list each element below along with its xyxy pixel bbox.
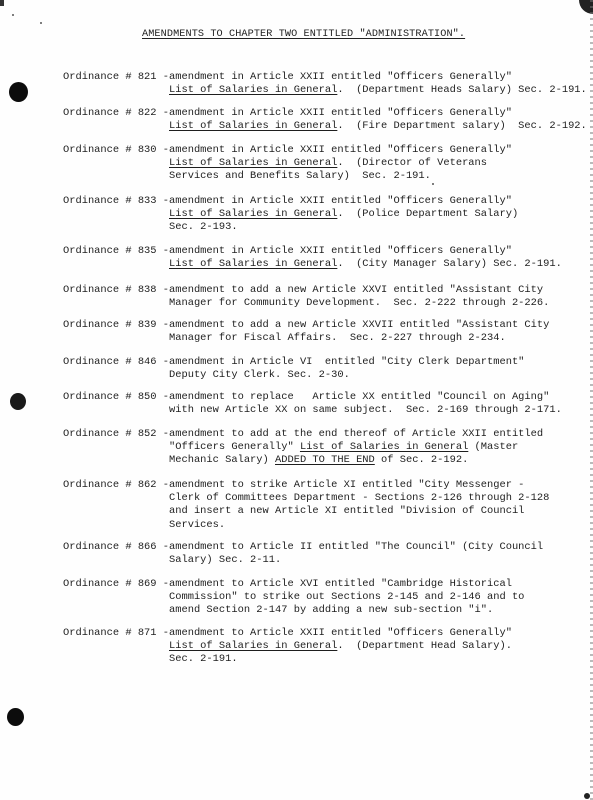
entry-text: amendment to add at the end thereof of A… <box>169 428 543 440</box>
underlined-reference: List of Salaries in General <box>169 640 337 652</box>
entry-continuation-line: Deputy City Clerk. Sec. 2-30. <box>63 369 524 382</box>
entry-first-line: Ordinance # 871 - amendment to Article X… <box>63 627 512 640</box>
ordinance-number: Ordinance # 833 - <box>63 195 169 208</box>
entry-text: "Officers Generally" <box>169 441 300 453</box>
scan-artifact <box>0 0 4 6</box>
punch-hole-icon <box>10 393 26 410</box>
entry-text: Manager for Community Development. Sec. … <box>169 297 549 309</box>
underlined-reference: List of Salaries in General <box>300 441 468 453</box>
ordinance-number: Ordinance # 866 - <box>63 541 169 554</box>
underlined-reference: ADDED TO THE END <box>275 454 375 466</box>
entry-text: Salary) Sec. 2-11. <box>169 554 281 566</box>
entry-text: amend Section 2-147 by adding a new sub-… <box>169 604 493 616</box>
entry-text: Manager for Fiscal Affairs. Sec. 2-227 t… <box>169 332 506 344</box>
entry-first-line: Ordinance # 839 - amendment to add a new… <box>63 319 549 332</box>
entry-continuation-line: "Officers Generally" List of Salaries in… <box>63 441 543 454</box>
entry-text: amendment in Article XXII entitled "Offi… <box>169 71 512 83</box>
entry-first-line: Ordinance # 852 - amendment to add at th… <box>63 428 543 441</box>
entry-continuation-line: Commission" to strike out Sections 2-145… <box>63 591 524 604</box>
ordinance-entry: Ordinance # 850 - amendment to replace A… <box>63 391 562 417</box>
entry-text: Services. <box>169 519 225 531</box>
ordinance-entry: Ordinance # 822 - amendment in Article X… <box>63 107 587 133</box>
ordinance-entry: Ordinance # 866 - amendment to Article I… <box>63 541 543 567</box>
ordinance-number: Ordinance # 830 - <box>63 144 169 157</box>
entry-continuation-line: Clerk of Committees Department - Section… <box>63 492 549 505</box>
ordinance-entry: Ordinance # 852 - amendment to add at th… <box>63 428 543 468</box>
entry-text: amendment in Article XXII entitled "Offi… <box>169 144 512 156</box>
entry-text: Sec. 2-191. <box>169 653 238 665</box>
entry-first-line: Ordinance # 833 - amendment in Article X… <box>63 195 518 208</box>
entry-continuation-line: Sec. 2-191. <box>63 653 512 666</box>
entry-continuation-line: Manager for Community Development. Sec. … <box>63 297 549 310</box>
entry-text: amendment in Article XXII entitled "Offi… <box>169 195 512 207</box>
ordinance-number: Ordinance # 838 - <box>63 284 169 297</box>
ordinance-entry: Ordinance # 830 - amendment in Article X… <box>63 144 512 184</box>
entry-text: amendment to replace Article XX entitled… <box>169 391 549 403</box>
entry-continuation-line: List of Salaries in General. (Fire Depar… <box>63 120 587 133</box>
entry-first-line: Ordinance # 830 - amendment in Article X… <box>63 144 512 157</box>
entry-text: Commission" to strike out Sections 2-145… <box>169 591 524 603</box>
entry-first-line: Ordinance # 850 - amendment to replace A… <box>63 391 562 404</box>
entry-text: . (Police Department Salary) <box>337 208 518 220</box>
ordinance-entry: Ordinance # 862 - amendment to strike Ar… <box>63 479 549 532</box>
entry-first-line: Ordinance # 822 - amendment in Article X… <box>63 107 587 120</box>
entry-text: (Master <box>468 441 518 453</box>
ordinance-number: Ordinance # 871 - <box>63 627 169 640</box>
ordinance-entry: Ordinance # 833 - amendment in Article X… <box>63 195 518 235</box>
entry-text: amendment to strike Article XI entitled … <box>169 479 524 491</box>
page-title: AMENDMENTS TO CHAPTER TWO ENTITLED "ADMI… <box>142 29 465 40</box>
entry-first-line: Ordinance # 838 - amendment to add a new… <box>63 284 549 297</box>
entry-text: Clerk of Committees Department - Section… <box>169 492 549 504</box>
entry-text: . (Department Head Salary). <box>337 640 512 652</box>
entry-continuation-line: with new Article XX on same subject. Sec… <box>63 404 562 417</box>
ordinance-number: Ordinance # 846 - <box>63 356 169 369</box>
entry-continuation-line: List of Salaries in General. (City Manag… <box>63 258 562 271</box>
entry-first-line: Ordinance # 869 - amendment to Article X… <box>63 578 524 591</box>
underlined-reference: List of Salaries in General <box>169 258 337 270</box>
underlined-reference: List of Salaries in General <box>169 157 337 169</box>
underlined-reference: List of Salaries in General <box>169 120 337 132</box>
entry-text: . (Department Heads Salary) Sec. 2-191. <box>337 84 586 96</box>
entry-continuation-line: List of Salaries in General. (Department… <box>63 84 587 97</box>
ordinance-number: Ordinance # 869 - <box>63 578 169 591</box>
entry-text: . (Fire Department salary) Sec. 2-192. <box>337 120 586 132</box>
scan-speck <box>40 22 42 24</box>
entry-first-line: Ordinance # 846 - amendment in Article V… <box>63 356 524 369</box>
ordinance-entry: Ordinance # 869 - amendment to Article X… <box>63 578 524 618</box>
entry-text: Sec. 2-193. <box>169 221 238 233</box>
entry-text: amendment in Article XXII entitled "Offi… <box>169 245 512 257</box>
entry-text: amendment to add a new Article XXVII ent… <box>169 319 549 331</box>
entry-text: amendment to Article XVI entitled "Cambr… <box>169 578 512 590</box>
scan-speck <box>12 14 14 16</box>
ordinance-number: Ordinance # 850 - <box>63 391 169 404</box>
entry-text: Deputy City Clerk. Sec. 2-30. <box>169 369 350 381</box>
entry-continuation-line: Mechanic Salary) ADDED TO THE END of Sec… <box>63 454 543 467</box>
entry-text: Services and Benefits Salary) Sec. 2-191… <box>169 170 431 182</box>
entry-first-line: Ordinance # 862 - amendment to strike Ar… <box>63 479 549 492</box>
ordinance-entry: Ordinance # 871 - amendment to Article X… <box>63 627 512 667</box>
entry-first-line: Ordinance # 866 - amendment to Article I… <box>63 541 543 554</box>
entry-text: Mechanic Salary) <box>169 454 275 466</box>
entry-text: amendment to Article XXII entitled "Offi… <box>169 627 512 639</box>
entry-continuation-line: List of Salaries in General. (Director o… <box>63 157 512 170</box>
entry-first-line: Ordinance # 821 - amendment in Article X… <box>63 71 587 84</box>
entry-continuation-line: Services. <box>63 519 549 532</box>
punch-hole-icon <box>7 708 24 726</box>
entry-text: with new Article XX on same subject. Sec… <box>169 404 562 416</box>
entry-text: and insert a new Article XI entitled "Di… <box>169 505 524 517</box>
ordinance-number: Ordinance # 835 - <box>63 245 169 258</box>
ordinance-entry: Ordinance # 835 - amendment in Article X… <box>63 245 562 271</box>
underlined-reference: List of Salaries in General <box>169 208 337 220</box>
entry-continuation-line: and insert a new Article XI entitled "Di… <box>63 505 549 518</box>
entry-text: amendment to Article II entitled "The Co… <box>169 541 543 553</box>
ordinance-entry: Ordinance # 839 - amendment to add a new… <box>63 319 549 345</box>
entry-continuation-line: Salary) Sec. 2-11. <box>63 554 543 567</box>
entry-continuation-line: amend Section 2-147 by adding a new sub-… <box>63 604 524 617</box>
entry-text: amendment to add a new Article XXVI enti… <box>169 284 543 296</box>
ordinance-number: Ordinance # 852 - <box>63 428 169 441</box>
punch-hole-icon <box>9 82 28 102</box>
entry-text: amendment in Article XXII entitled "Offi… <box>169 107 512 119</box>
ordinance-number: Ordinance # 862 - <box>63 479 169 492</box>
scan-speck <box>584 793 590 799</box>
entry-continuation-line: Manager for Fiscal Affairs. Sec. 2-227 t… <box>63 332 549 345</box>
ordinance-entry: Ordinance # 821 - amendment in Article X… <box>63 71 587 97</box>
ordinance-entry: Ordinance # 846 - amendment in Article V… <box>63 356 524 382</box>
ordinance-entry: Ordinance # 838 - amendment to add a new… <box>63 284 549 310</box>
underlined-reference: List of Salaries in General <box>169 84 337 96</box>
ordinance-number: Ordinance # 839 - <box>63 319 169 332</box>
entry-text: amendment in Article VI entitled "City C… <box>169 356 524 368</box>
scanned-page: AMENDMENTS TO CHAPTER TWO ENTITLED "ADMI… <box>0 0 593 800</box>
entry-text: . (Director of Veterans <box>337 157 487 169</box>
entry-continuation-line: Services and Benefits Salary) Sec. 2-191… <box>63 170 512 183</box>
ordinance-number: Ordinance # 822 - <box>63 107 169 120</box>
entry-continuation-line: Sec. 2-193. <box>63 221 518 234</box>
ordinance-number: Ordinance # 821 - <box>63 71 169 84</box>
entry-text: of Sec. 2-192. <box>375 454 469 466</box>
entry-continuation-line: List of Salaries in General. (Police Dep… <box>63 208 518 221</box>
entry-continuation-line: List of Salaries in General. (Department… <box>63 640 512 653</box>
entry-text: . (City Manager Salary) Sec. 2-191. <box>337 258 561 270</box>
entry-first-line: Ordinance # 835 - amendment in Article X… <box>63 245 562 258</box>
